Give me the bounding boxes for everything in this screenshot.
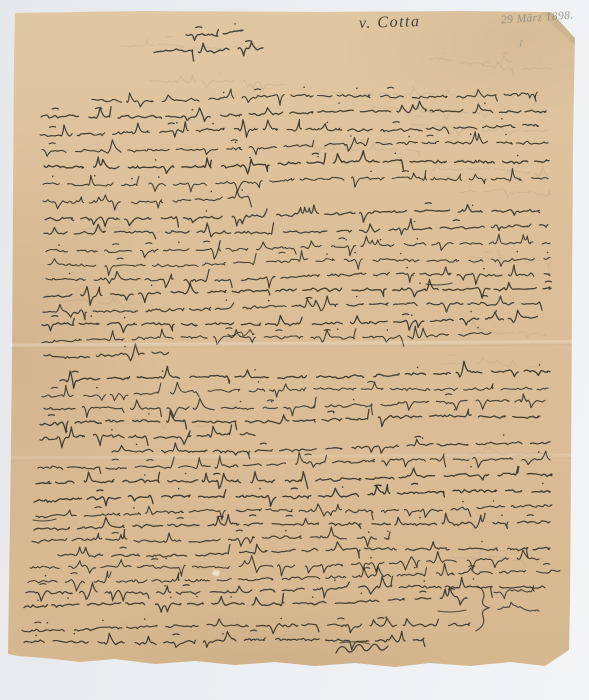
body-script	[22, 86, 560, 649]
signature-script	[336, 642, 388, 653]
scan-background: v. Cotta 29 März 1898. I	[0, 0, 589, 700]
pencil-archive-mark: I	[519, 39, 522, 50]
paper-damage-spot	[211, 569, 221, 577]
salutation-script	[154, 23, 263, 61]
bleed-through-writing	[58, 36, 552, 566]
recipient-annotation: v. Cotta	[359, 13, 421, 33]
handwriting-layer	[0, 0, 589, 700]
